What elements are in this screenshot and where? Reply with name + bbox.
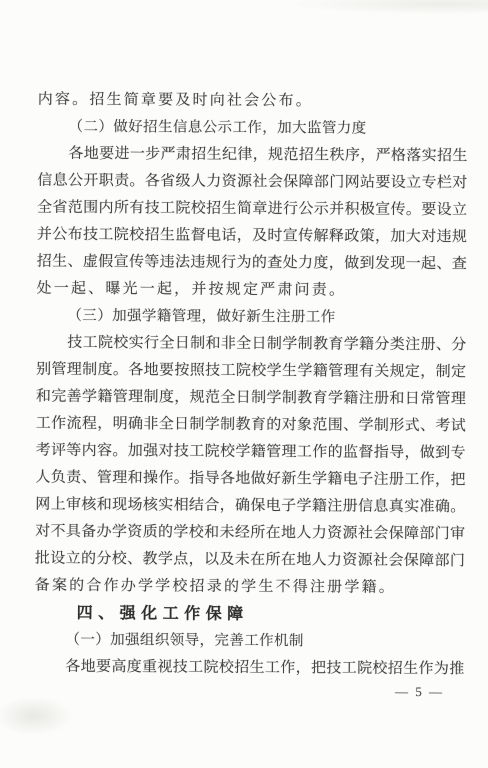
text-line: 工作流程，明确非全日制学制教育的对象范围、学制形式、考试 bbox=[36, 411, 466, 441]
text-line: 全省范围内所有技工院校招生简章进行公示并积极宣传。要设立 bbox=[37, 195, 467, 225]
text-line: 技工院校实行全日制和非全日制学制教育学籍分类注册、分 bbox=[36, 330, 466, 360]
text-line: 并公布技工院校招生监督电话，及时宣传解释政策，加大对违规 bbox=[37, 222, 467, 252]
subsection-heading-line: （一）加强组织领导，完善工作机制 bbox=[34, 627, 464, 657]
scanned-document-page: 内容。招生简章要及时向社会公布。（二）做好招生信息公示工作，加大监管力度各地要进… bbox=[0, 0, 488, 768]
text-line: 各地要高度重视技工院校招生工作，把技工院校招生作为推 bbox=[34, 654, 464, 684]
page-number: — 5 — bbox=[395, 684, 444, 700]
text-line: 内容。招生简章要及时向社会公布。 bbox=[38, 87, 468, 117]
subsection-heading-line: （三）加强学籍管理，做好新生注册工作 bbox=[36, 303, 466, 333]
text-line: 和完善学籍管理制度，规范全日制学制教育学籍注册和日常管理 bbox=[36, 384, 466, 414]
text-line: 处一起、曝光一起，并按规定严肃问责。 bbox=[36, 276, 466, 306]
text-line: 人负责、管理和操作。指导各地做好新生学籍电子注册工作，把 bbox=[35, 465, 465, 495]
text-line: 批设立的分校、教学点，以及未在所在地人力资源社会保障部门 bbox=[35, 546, 465, 576]
text-line: 考评等内容。加强对技工院校学籍管理工作的监督指导，做到专 bbox=[36, 438, 466, 468]
section-heading-line: 四、强化工作保障 bbox=[35, 600, 465, 630]
text-line: 网上审核和现场核实相结合，确保电子学籍注册信息真实准确。 bbox=[35, 492, 465, 522]
subsection-heading-line: （二）做好招生信息公示工作，加大监管力度 bbox=[37, 114, 467, 144]
text-line: 别管理制度。各地要按照技工院校学生学籍管理有关规定，制定 bbox=[36, 357, 466, 387]
text-line: 对不具备办学资质的学校和未经所在地人力资源社会保障部门审 bbox=[35, 519, 465, 549]
document-text: 内容。招生简章要及时向社会公布。（二）做好招生信息公示工作，加大监管力度各地要进… bbox=[34, 87, 468, 684]
text-line: 备案的合作办学学校招录的学生不得注册学籍。 bbox=[35, 573, 465, 603]
text-line: 各地要进一步严肃招生纪律，规范招生秩序，严格落实招生 bbox=[37, 141, 467, 171]
text-line: 招生、虚假宣传等违法违规行为的查处力度，做到发现一起、查 bbox=[37, 249, 467, 279]
text-line: 信息公开职责。各省级人力资源社会保障部门网站要设立专栏对 bbox=[37, 168, 467, 198]
